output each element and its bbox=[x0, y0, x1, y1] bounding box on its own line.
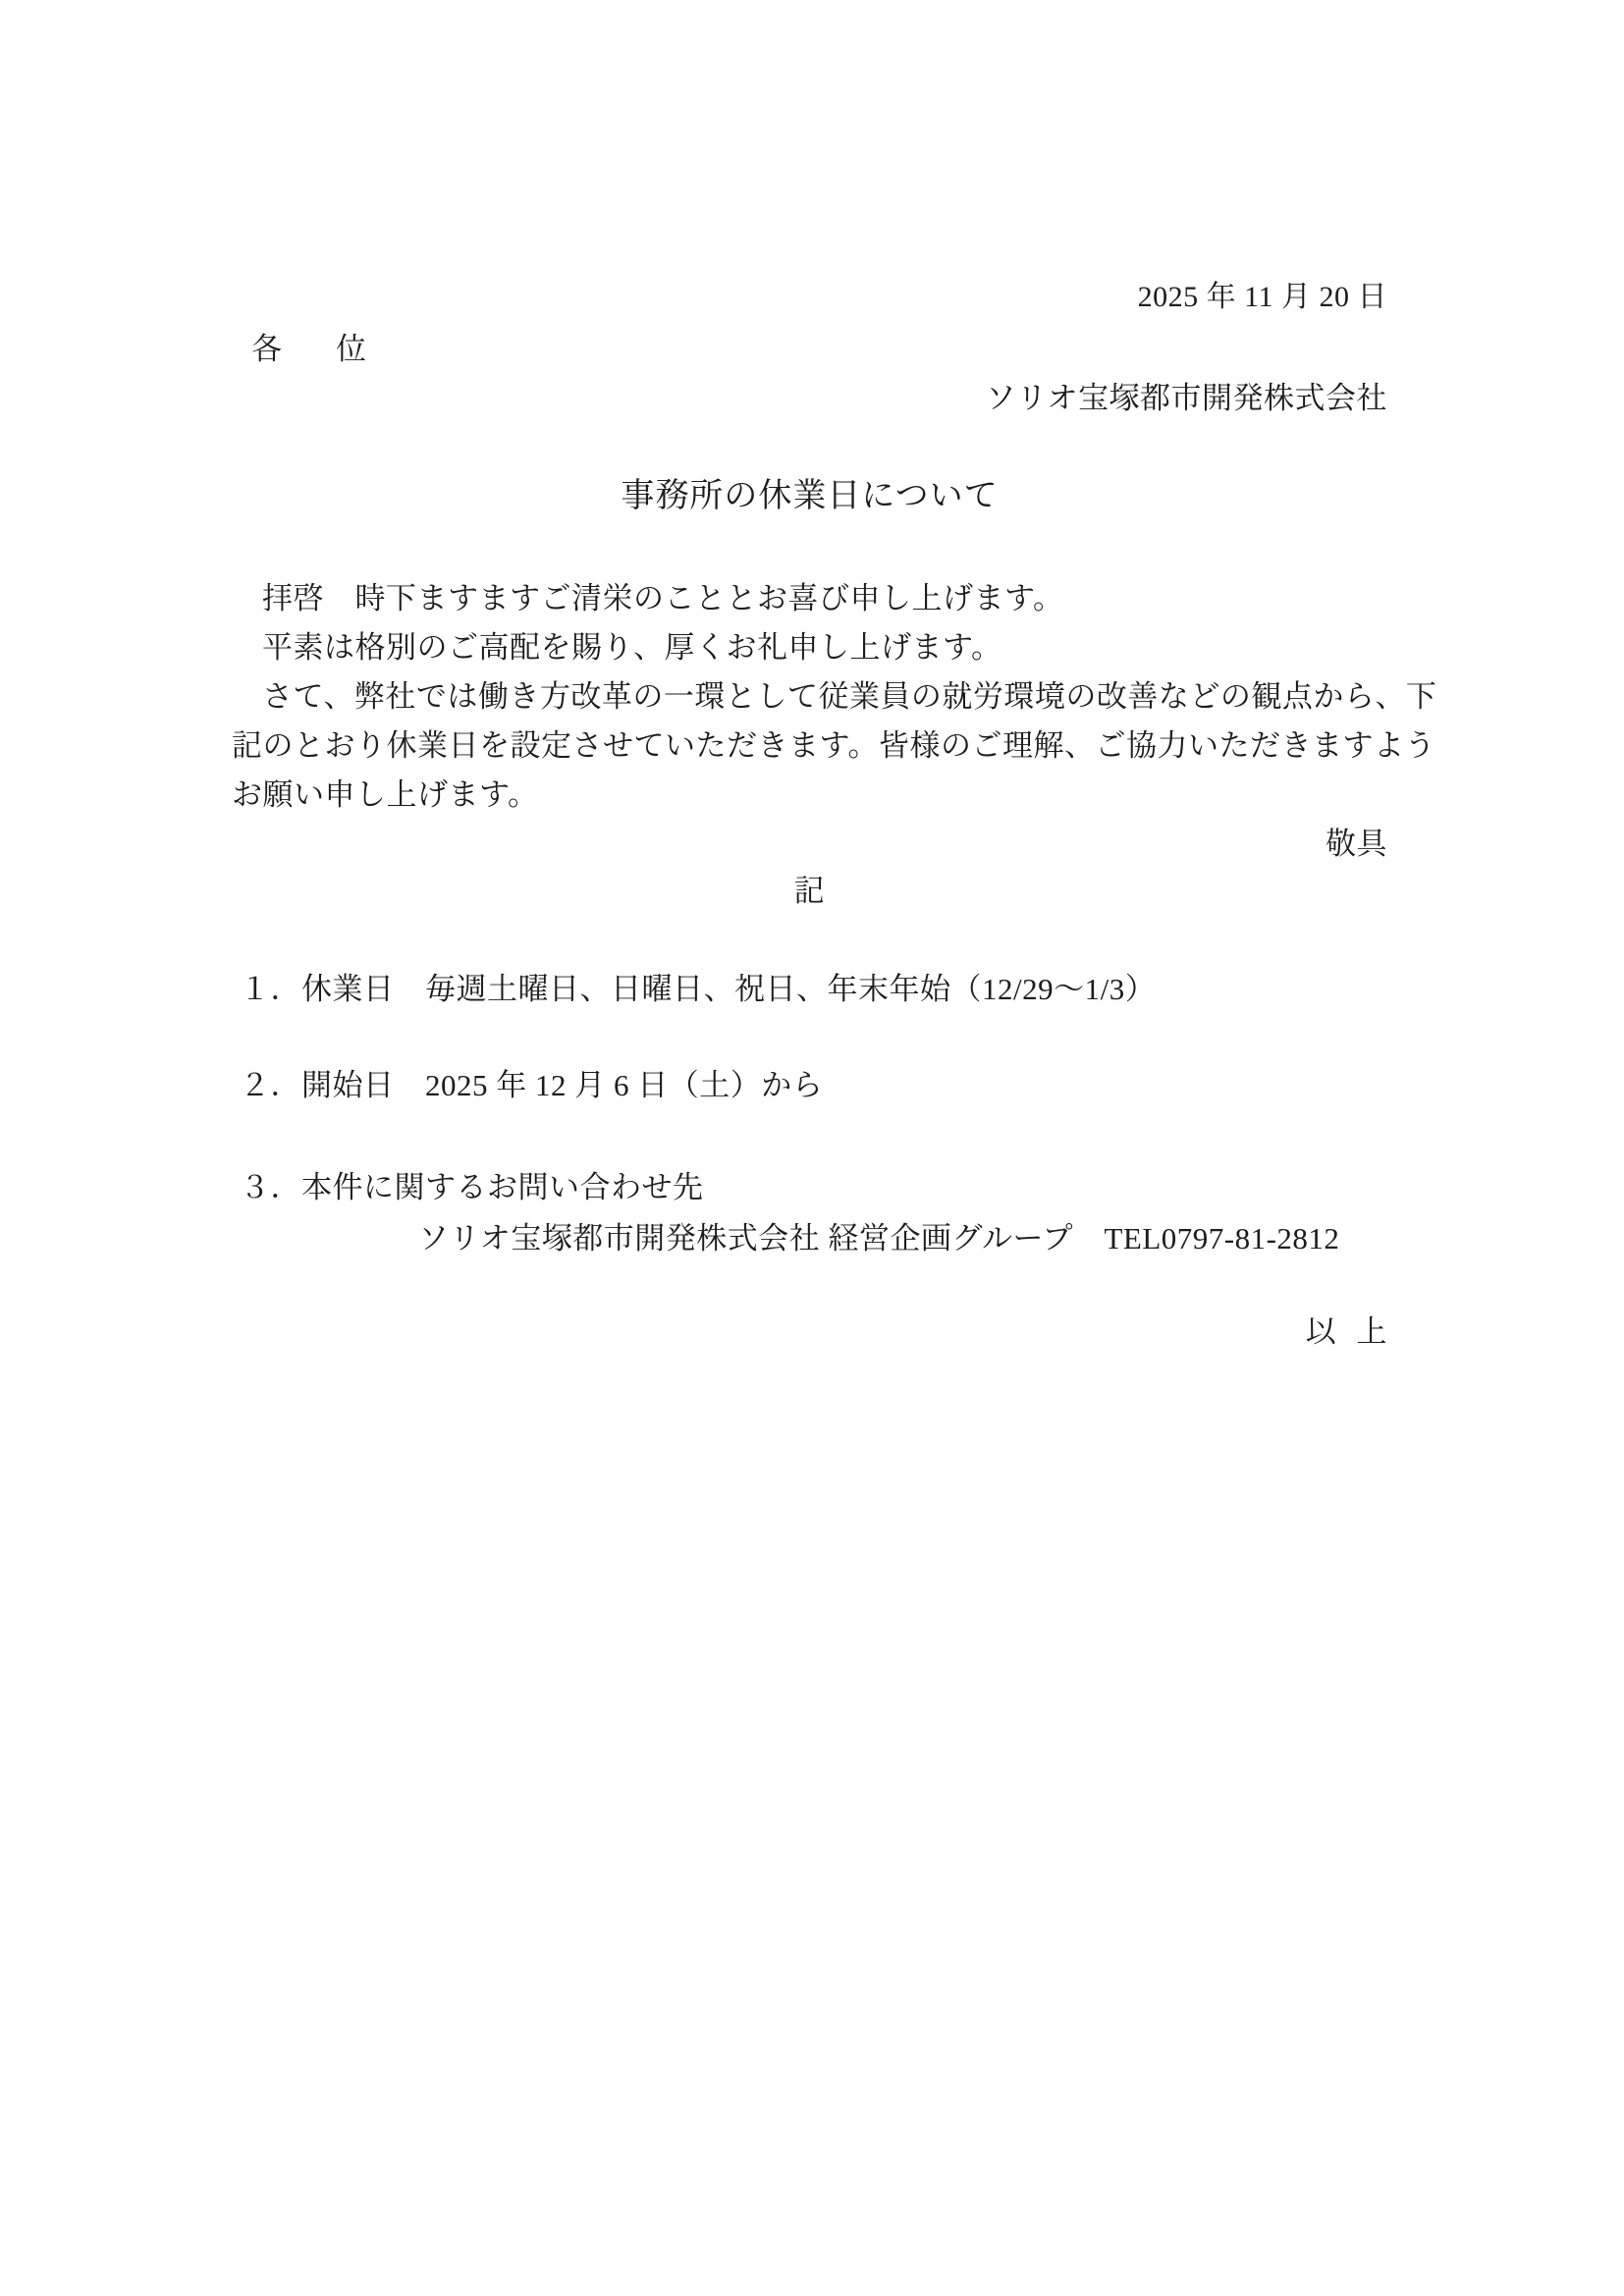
recipient-line: 各 位 bbox=[251, 330, 378, 369]
document-title: 事務所の休業日について bbox=[232, 475, 1387, 518]
notice-heading: 記 bbox=[232, 872, 1387, 911]
notice-item-closure-days: １．休業日 毎週土曜日、日曜日、祝日、年末年始（12/29～1/3） bbox=[240, 970, 1156, 1009]
closing-word: 敬具 bbox=[1326, 825, 1387, 864]
body-line-2: 記のとおり休業日を設定させていただきます。皆様のご理解、ご協力いただきますよう bbox=[232, 726, 1435, 766]
company-name: ソリオ宝塚都市開発株式会社 bbox=[986, 379, 1387, 418]
notice-item-contact-heading: ３．本件に関するお問い合わせ先 bbox=[240, 1168, 704, 1207]
body-line-1: さて、弊社では働き方改革の一環として従業員の就労環境の改善などの観点から、下 bbox=[262, 677, 1436, 717]
body-line-3: お願い申し上げます。 bbox=[232, 775, 539, 815]
greeting-line-2: 平素は格別のご高配を賜り、厚くお礼申し上げます。 bbox=[262, 628, 1002, 667]
end-mark: 以 上 bbox=[1306, 1312, 1387, 1352]
date-line: 2025 年 11 月 20 日 bbox=[1138, 278, 1387, 316]
notice-item-start-date: ２．開始日 2025 年 12 月 6 日（土）から bbox=[240, 1066, 823, 1105]
document-page: 2025 年 11 月 20 日 各 位 ソリオ宝塚都市開発株式会社 事務所の休… bbox=[0, 0, 1624, 2296]
contact-detail: ソリオ宝塚都市開発株式会社 経営企画グループ TEL0797-81-2812 bbox=[418, 1219, 1339, 1258]
greeting-line-1: 拝啓 時下ますますご清栄のこととお喜び申し上げます。 bbox=[262, 579, 1064, 618]
